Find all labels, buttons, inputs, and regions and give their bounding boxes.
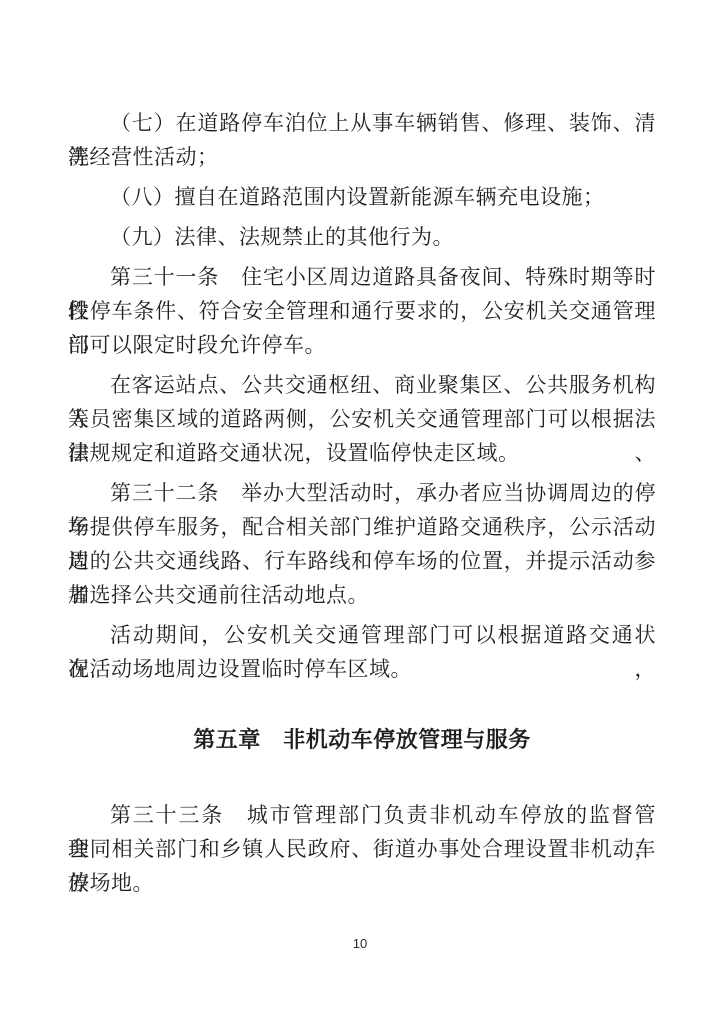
paragraph: 第三十二条 举办大型活动时，承办者应当协调周边的停车 场提供停车服务，配合相关部…	[68, 477, 656, 613]
paragraph: 活动期间，公安机关交通管理部门可以根据道路交通状况， 在活动场地周边设置临时停车…	[68, 619, 656, 687]
text-line: 活动期间，公安机关交通管理部门可以根据道路交通状况，	[68, 619, 656, 653]
paragraph: 在客运站点、公共交通枢纽、商业聚集区、公共服务机构等 人员密集区域的道路两侧，公…	[68, 369, 656, 471]
paragraph: （九）法律、法规禁止的其他行为。	[68, 221, 656, 255]
text-line: （八）擅自在道路范围内设置新能源车辆充电设施；	[68, 181, 656, 215]
paragraph: （七）在道路停车泊位上从事车辆销售、修理、装饰、清洗 等经营性活动；	[68, 107, 656, 175]
text-line: （七）在道路停车泊位上从事车辆销售、修理、装饰、清洗	[68, 107, 656, 141]
page-number: 10	[0, 936, 720, 951]
text-line: 第三十二条 举办大型活动时，承办者应当协调周边的停车	[68, 477, 656, 511]
document-body: （七）在道路停车泊位上从事车辆销售、修理、装饰、清洗 等经营性活动； （八）擅自…	[68, 107, 656, 907]
text-line: 会同相关部门和乡镇人民政府、街道办事处合理设置非机动车停	[68, 833, 656, 867]
chapter-heading: 第五章 非机动车停放管理与服务	[68, 719, 656, 761]
text-line: 者选择公共交通前往活动地点。	[68, 579, 656, 613]
text-line: 放场地。	[68, 867, 656, 901]
text-line: 第三十一条 住宅小区周边道路具备夜间、特殊时期等时段	[68, 261, 656, 295]
document-page: （七）在道路停车泊位上从事车辆销售、修理、装饰、清洗 等经营性活动； （八）擅自…	[0, 0, 720, 1018]
paragraph: 第三十一条 住宅小区周边道路具备夜间、特殊时期等时段 性停车条件、符合安全管理和…	[68, 261, 656, 363]
text-line: 第三十三条 城市管理部门负责非机动车停放的监督管理，	[68, 799, 656, 833]
text-line: 门可以限定时段允许停车。	[68, 329, 656, 363]
paragraph: （八）擅自在道路范围内设置新能源车辆充电设施；	[68, 181, 656, 215]
text-line: 场提供停车服务，配合相关部门维护道路交通秩序，公示活动周	[68, 511, 656, 545]
text-line: 边的公共交通线路、行车路线和停车场的位置，并提示活动参加	[68, 545, 656, 579]
paragraph: 第三十三条 城市管理部门负责非机动车停放的监督管理， 会同相关部门和乡镇人民政府…	[68, 799, 656, 901]
text-line: 在客运站点、公共交通枢纽、商业聚集区、公共服务机构等	[68, 369, 656, 403]
text-line: 等经营性活动；	[68, 141, 656, 175]
text-line: 性停车条件、符合安全管理和通行要求的，公安机关交通管理部	[68, 295, 656, 329]
text-line: 人员密集区域的道路两侧，公安机关交通管理部门可以根据法律、	[68, 403, 656, 437]
text-line: （九）法律、法规禁止的其他行为。	[68, 221, 656, 255]
